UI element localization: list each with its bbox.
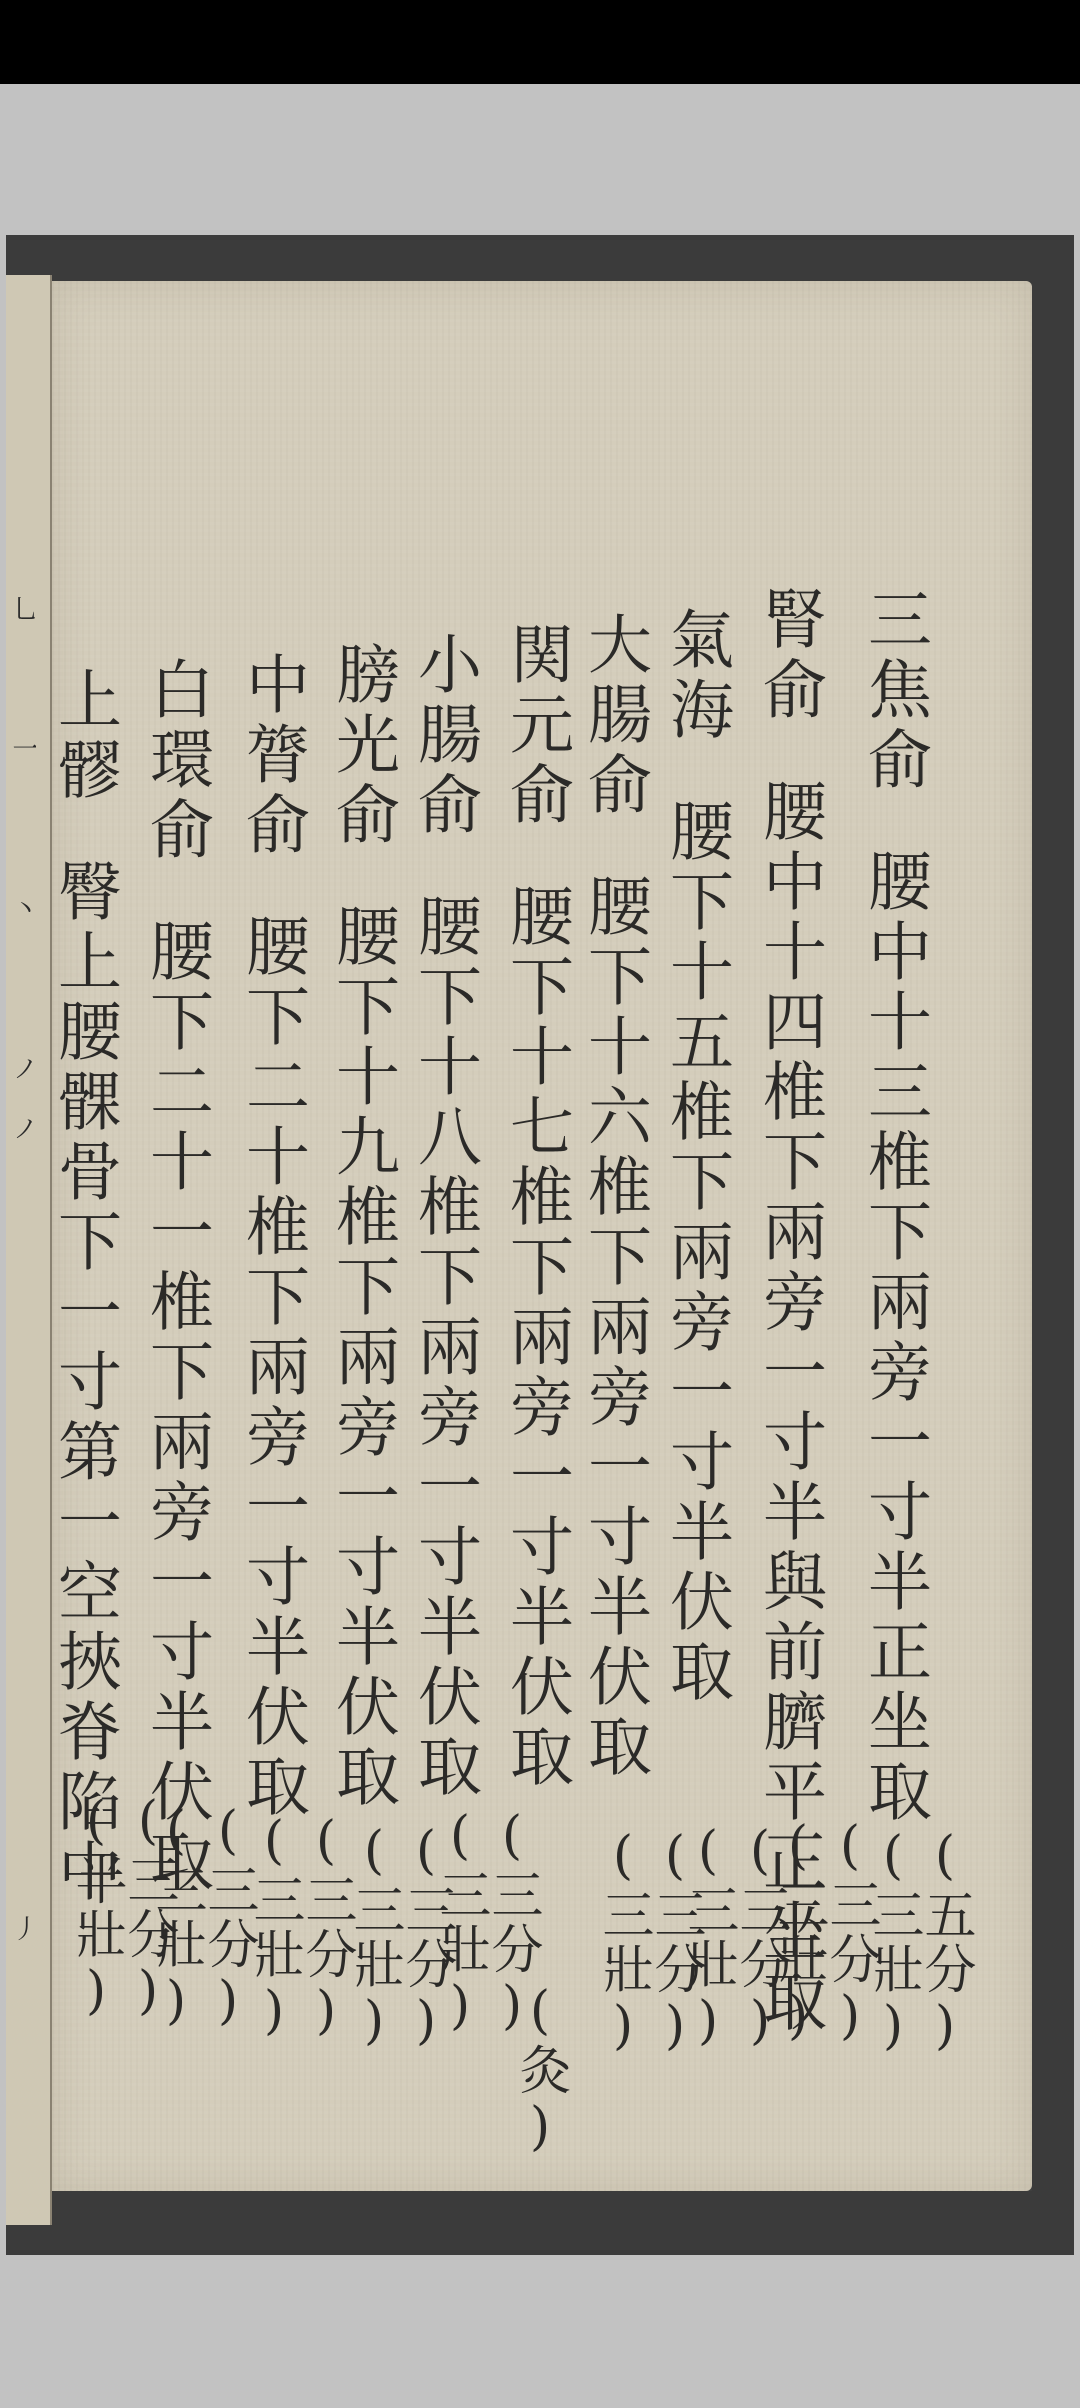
acupoint-location: 臀上腰髁骨下一寸第一空挾脊陷中 [52,858,116,1908]
needle-depth: (三分) [734,1821,786,2053]
entry-column-5: 関元俞腰下十七椎下兩旁一寸半伏取 [504,621,568,1793]
needle-depth: (三分) [824,1816,876,2048]
annotation-4: (三分) (三壯) [597,1826,701,2058]
acupoint-name: 膀光俞 [330,641,394,851]
needle-depth: (三分) [122,1791,174,2023]
moxa-count: (半壯) [70,1791,122,2023]
acupoint-name: 腎俞 [757,586,821,726]
acupoint-name: 三焦俞 [862,586,926,796]
manuscript-page: 三焦俞腰中十三椎下兩旁一寸半正坐取 腎俞腰中十四椎下兩旁一寸半與前臍平正坐取 氣… [52,281,1032,2191]
fold-fragment: 乚 [10,595,36,621]
entry-column-10: 上髎臀上腰髁骨下一寸第一空挾脊陷中 [52,666,116,1908]
fold-fragment: 丿 [10,1915,36,1941]
entry-column-6: 小腸俞腰下十八椎下兩旁一寸半伏取 [412,631,476,1803]
entry-column-8: 中膂俞腰下二十椎下兩旁一寸半伏取 [240,651,304,1823]
fold-fragment: 一 [10,735,36,761]
entry-column-7: 膀光俞腰下十九椎下兩旁一寸半伏取 [330,641,394,1813]
needle-depth: (三分) [649,1826,701,2058]
acupoint-location: 腰中十三椎下兩旁一寸半正坐取 [862,848,926,1828]
acupoint-location: 腰下十九椎下兩旁一寸半伏取 [330,903,394,1813]
acupoint-name: 上髎 [52,666,116,806]
annotation-10: (三分) (半壯) [70,1791,174,2023]
fold-fragment: ノ [10,1055,36,1081]
acupoint-location: 腰下二十一椎下兩旁一寸半伏取 [144,918,208,1898]
needle-depth: (三分) [400,1821,452,2053]
acupoint-name: 白環俞 [144,656,208,866]
needle-depth: (三分) [202,1801,254,2033]
fold-fragment: ノ [10,1115,36,1141]
acupoint-name: 関元俞 [504,621,568,831]
entry-column-4: 大腸俞腰下十六椎下兩旁一寸半伏取 [582,611,646,1783]
status-bar [0,0,1080,84]
acupoint-name: 中膂俞 [240,651,304,861]
entry-column-9: 白環俞腰下二十一椎下兩旁一寸半伏取 [144,656,208,1898]
annotation-8: (三分) (三壯) [248,1811,352,2043]
acupoint-location: 腰下十六椎下兩旁一寸半伏取 [582,873,646,1783]
annotation-7: (三分) (三壯) [348,1821,452,2053]
acupoint-name: 大腸俞 [582,611,646,821]
needle-depth: (五分) [919,1826,971,2058]
acupoint-name: 氣海 [664,606,728,746]
fold-fragment: 丶 [10,895,36,921]
entry-column-3: 氣海腰下十五椎下兩旁一寸半伏取 [664,606,728,1708]
entry-column-1: 三焦俞腰中十三椎下兩旁一寸半正坐取 [862,586,926,1828]
needle-depth: (三分) [486,1806,538,2038]
acupoint-location: 腰下二十椎下兩旁一寸半伏取 [240,913,304,1823]
previous-page-fold-strip: 乚 一 丶 ノ ノ 丿 [6,275,52,2225]
annotation-1: (五分) (三壯) [867,1826,971,2058]
moxa-count: (三壯) [597,1826,649,2058]
acupoint-location: 腰下十七椎下兩旁一寸半伏取 [504,883,568,1793]
manuscript-scan[interactable]: 乚 一 丶 ノ ノ 丿 三焦俞腰中十三椎下兩旁一寸半正坐取 腎俞腰中十四椎下兩旁… [6,235,1074,2255]
needle-depth: (三分) [300,1811,352,2043]
acupoint-location: 腰下十八椎下兩旁一寸半伏取 [412,893,476,1803]
acupoint-location: 腰下十五椎下兩旁一寸半伏取 [664,798,728,1708]
acupoint-name: 小腸俞 [412,631,476,841]
